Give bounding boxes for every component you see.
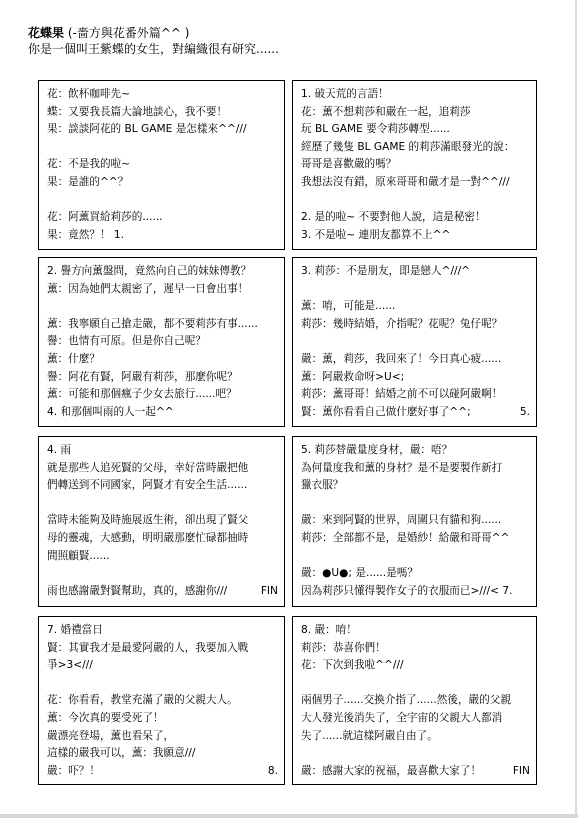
panel-line-text: 大人發光後消失了，全宇宙的父親大人都消 [301, 712, 502, 724]
panel-line-text: 雨也感謝嚴對賢幫助，真的，感謝你/// [47, 585, 227, 597]
panel-line: 薰：阿嚴救命呀>U<; [301, 369, 530, 387]
panel-line-text: 嚴：吓？！ [47, 765, 100, 777]
panel-line: 2. 是的啦~ 不要對他人說，這是秘密！ [301, 209, 530, 227]
panel-line-text: 經歷了幾隻 BL GAME 的莉莎滿眼發光的說： [301, 141, 514, 153]
panel-line [301, 675, 530, 693]
panel-line-text: 莉莎：恭喜你們！ [301, 642, 386, 654]
panel-line [301, 333, 530, 351]
panel-line: 大人發光後消失了，全宇宙的父親大人都消 [301, 710, 530, 728]
panel-line: 嚴：薰，莉莎，我回來了！今日真心疲...... [301, 351, 530, 369]
panel-line: 薰：因為她們太親密了，遲早一日會出事！ [47, 281, 278, 299]
panel-continuation-tag: FIN [513, 763, 530, 781]
panel-continuation-tag: 5. [520, 404, 530, 422]
panel-line: 2. 譽方向薰盤問，竟然向自己的妹妹傳教？ [47, 263, 278, 281]
panel-line: 玩 BL GAME 要令莉莎轉型...... [301, 121, 530, 139]
panel-line: 嚴：來到阿賢的世界，周圍只有貓和狗...... [301, 512, 530, 530]
panel-line: 這樣的嚴我可以，薰：我願意/// [47, 745, 278, 763]
panel-line-text: 賢：薰你看看自己做什麼好事了^^; [301, 406, 471, 418]
panel-line: 母的靈魂，大感動，明明嚴那麼忙碌都抽時 [47, 530, 278, 548]
panel-line-text: 薰：可能和那個瘋子少女去旅行......吧？ [47, 388, 237, 400]
panel-line: 花：你看看，教堂充滿了嚴的父親大人。 [47, 692, 278, 710]
comic-panel-5: 4. 雨就是那些人追死賢的父母，幸好當時嚴把他們轉送到不同國家，阿賢才有安全生活… [38, 436, 285, 607]
panel-line-text: 嚴：●U●; 是......是嗎？ [301, 567, 418, 579]
panel-line: 就是那些人追死賢的父母，幸好當時嚴把他 [47, 460, 278, 478]
panel-line: 薰：唷，可能是...... [301, 298, 530, 316]
panel-line: 7. 婚禮當日 [47, 622, 278, 640]
panel-line-text: 8. 嚴：唷！ [301, 624, 357, 636]
panel-line-text: 因為莉莎只懂得製作女子的衣服而已>///< 7. [301, 585, 512, 597]
panel-line-text: 花：薰不想莉莎和嚴在一起，追莉莎 [301, 106, 471, 118]
panel-line-text: 花：阿薰買給莉莎的...... [47, 211, 163, 223]
panel-line: 莉莎：薰哥哥！結婚之前不可以碰阿嚴啊！ [301, 386, 530, 404]
panel-line-text: 薰：我寧願自己搶走嚴，都不要莉莎有事...... [47, 318, 258, 330]
panel-line: 薰：可能和那個瘋子少女去旅行......吧？ [47, 386, 278, 404]
panel-line-text: 4. 和那個叫雨的人一起^^ [47, 406, 174, 418]
panel-line: 花：下次到我啦^^/// [301, 657, 530, 675]
panel-continuation-tag: FIN [261, 583, 278, 601]
panel-line: 譽：也情有可原。但是你自己呢？ [47, 333, 278, 351]
panel-line-text: 這樣的嚴我可以，薰：我願意/// [47, 747, 195, 759]
panel-line: 為何量度我和薰的身材？是不是要製作新打 [301, 460, 530, 478]
panel-line: 莉莎：恭喜你們！ [301, 640, 530, 658]
panel-line: 薰：我寧願自己搶走嚴，都不要莉莎有事...... [47, 316, 278, 334]
panel-line-text: 失了......就這樣阿嚴自由了。 [301, 730, 438, 742]
panel-line-text: 花：不是我的啦~ [47, 158, 130, 170]
panel-line: 果：竟然？！ 1. [47, 227, 278, 245]
panel-line [47, 675, 278, 693]
comic-panel-3: 2. 譽方向薰盤問，竟然向自己的妹妹傳教？薰：因為她們太親密了，遲早一日會出事！… [38, 257, 285, 427]
panel-line-text: 爭>3</// [47, 659, 93, 671]
panel-line-text: 蝶：又要我長篇大論地談心，我不要！ [47, 106, 227, 118]
panel-line-text: 兩個男子......交換介指了......然後，嚴的父親 [301, 694, 511, 706]
panel-line: 花：薰不想莉莎和嚴在一起，追莉莎 [301, 104, 530, 122]
panel-line [301, 192, 530, 210]
document-title: 花蝶果 (-嗇方與花番外篇^^ ) [28, 26, 279, 41]
panel-line-text: 獵衣服？ [301, 479, 343, 491]
panel-line: 花：不是我的啦~ [47, 156, 278, 174]
panel-line-text: 們轉送到不同國家，阿賢才有安全生活...... [47, 479, 247, 491]
panel-line: 4. 和那個叫雨的人一起^^ [47, 404, 278, 422]
panel-line: 因為莉莎只懂得製作女子的衣服而已>///< 7. [301, 583, 530, 601]
panel-line-text: 譽：阿花有賢，阿嚴有莉莎，那麼你呢？ [47, 371, 238, 383]
panel-line-text: 母的靈魂，大感動，明明嚴那麼忙碌都抽時 [47, 532, 248, 544]
panel-line: 們轉送到不同國家，阿賢才有安全生活...... [47, 477, 278, 495]
panel-line: 花：阿薰買給莉莎的...... [47, 209, 278, 227]
panel-line: 果：談談阿花的 BL GAME 是怎樣來^^/// [47, 121, 278, 139]
panel-line-text: 薰：今次真的要受死了！ [47, 712, 164, 724]
panel-line-text: 莉莎：薰哥哥！結婚之前不可以碰阿嚴啊！ [301, 388, 502, 400]
panel-line-text: 莉莎：幾時結婚，介指呢？花呢？兔仔呢？ [301, 318, 502, 330]
comic-panel-7: 7. 婚禮當日賢：其實我才是最愛阿嚴的人，我要加入戰爭>3<///花：你看看，教… [38, 616, 285, 785]
panel-line: 1. 破天荒的言語！ [301, 86, 530, 104]
panel-line: 間照顧賢...... [47, 548, 278, 566]
panel-line: 5. 莉莎替嚴量度身材，嚴：唔？ [301, 442, 530, 460]
panel-line-text: 賢：其實我才是最愛阿嚴的人，我要加入戰 [47, 642, 248, 654]
panel-line-text: 我想法沒有錯，原來哥哥和嚴才是一對^^/// [301, 176, 510, 188]
comic-panel-6: 5. 莉莎替嚴量度身材，嚴：唔？為何量度我和薰的身材？是不是要製作新打獵衣服？嚴… [292, 436, 537, 607]
panel-line-text: 哥哥是喜歡嚴的嗎？ [301, 158, 396, 170]
panel-line-text: 7. 婚禮當日 [47, 624, 103, 636]
panel-line-text: 1. 破天荒的言語！ [301, 88, 389, 100]
panel-line: 我想法沒有錯，原來哥哥和嚴才是一對^^/// [301, 174, 530, 192]
title-sub: (-嗇方與花番外篇^^ ) [64, 26, 189, 40]
title-main: 花蝶果 [28, 26, 64, 40]
panel-line-text: 當時未能夠及時施展返生術，卻出現了賢父 [47, 514, 248, 526]
panel-line-text: 嚴：薰，莉莎，我回來了！今日真心疲...... [301, 353, 501, 365]
panel-line-text: 為何量度我和薰的身材？是不是要製作新打 [301, 462, 502, 474]
panel-line-text: 嚴漂亮登場，薰也看呆了， [47, 730, 174, 742]
panel-line-text: 2. 譽方向薰盤問，竟然向自己的妹妹傳教？ [47, 265, 251, 277]
comic-panel-1: 花：飲杯咖啡先~蝶：又要我長篇大論地談心，我不要！果：談談阿花的 BL GAME… [38, 80, 285, 250]
panel-line-text: 4. 雨 [47, 444, 71, 456]
document-subtitle: 你是一個叫王紫蝶的女生，對編織很有研究...... [28, 41, 279, 58]
panel-line: 經歷了幾隻 BL GAME 的莉莎滿眼發光的說： [301, 139, 530, 157]
panel-line: 哥哥是喜歡嚴的嗎？ [301, 156, 530, 174]
panel-line-text: 莉莎：全部都不是，是婚紗！給嚴和哥哥^^ [301, 532, 509, 544]
panel-line: 賢：薰你看看自己做什麼好事了^^;5. [301, 404, 530, 422]
panel-line: 3. 莉莎：不是朋友，即是戀人^///^ [301, 263, 530, 281]
panel-line [47, 192, 278, 210]
panel-line: 兩個男子......交換介指了......然後，嚴的父親 [301, 692, 530, 710]
panel-line [47, 298, 278, 316]
panel-line-text: 5. 莉莎替嚴量度身材，嚴：唔？ [301, 444, 452, 456]
panel-line-text: 薰：因為她們太親密了，遲早一日會出事！ [47, 283, 248, 295]
panel-line: 莉莎：幾時結婚，介指呢？花呢？兔仔呢？ [301, 316, 530, 334]
comic-panel-2: 1. 破天荒的言語！花：薰不想莉莎和嚴在一起，追莉莎玩 BL GAME 要令莉莎… [292, 80, 537, 250]
panel-line-text: 嚴：來到阿賢的世界，周圍只有貓和狗...... [301, 514, 501, 526]
panel-line-text: 3. 不是啦~ 連朋友都算不上^^ [301, 229, 450, 241]
panel-line [301, 495, 530, 513]
panel-line-text: 花：飲杯咖啡先~ [47, 88, 130, 100]
panel-line: 獵衣服？ [301, 477, 530, 495]
panel-line [301, 281, 530, 299]
panel-line [301, 745, 530, 763]
panel-line: 4. 雨 [47, 442, 278, 460]
panel-line: 嚴：吓？！8. [47, 763, 278, 781]
panel-line: 薰：今次真的要受死了！ [47, 710, 278, 728]
panel-line-text: 就是那些人追死賢的父母，幸好當時嚴把他 [47, 462, 248, 474]
document-header: 花蝶果 (-嗇方與花番外篇^^ ) 你是一個叫王紫蝶的女生，對編織很有研究...… [28, 26, 279, 58]
panel-line: 嚴漂亮登場，薰也看呆了， [47, 728, 278, 746]
panel-line-text: 玩 BL GAME 要令莉莎轉型...... [301, 123, 450, 135]
panel-line: 失了......就這樣阿嚴自由了。 [301, 728, 530, 746]
panel-line-text: 果：竟然？！ 1. [47, 229, 124, 241]
panel-line: 蝶：又要我長篇大論地談心，我不要！ [47, 104, 278, 122]
panel-line: 果：是誰的^^？ [47, 174, 278, 192]
panel-line-text: 2. 是的啦~ 不要對他人說，這是秘密！ [301, 211, 486, 223]
panel-line: 花：飲杯咖啡先~ [47, 86, 278, 104]
panel-line [301, 548, 530, 566]
panel-line-text: 間照顧賢...... [47, 550, 110, 562]
panel-line-text: 薰：唷，可能是...... [301, 300, 395, 312]
panel-line: 當時未能夠及時施展返生術，卻出現了賢父 [47, 512, 278, 530]
panel-line-text: 3. 莉莎：不是朋友，即是戀人^///^ [301, 265, 470, 277]
panel-line: 嚴：感謝大家的祝福，最喜歡大家了！FIN [301, 763, 530, 781]
panel-line: 譽：阿花有賢，阿嚴有莉莎，那麼你呢？ [47, 369, 278, 387]
panel-line-text: 花：你看看，教堂充滿了嚴的父親大人。 [47, 694, 238, 706]
panel-line-text: 果：是誰的^^？ [47, 176, 128, 188]
panel-line-text: 譽：也情有可原。但是你自己呢？ [47, 335, 206, 347]
panel-line-text: 薰：什麼？ [47, 353, 100, 365]
page-edge-bottom [0, 814, 578, 818]
panel-line: 雨也感謝嚴對賢幫助，真的，感謝你///FIN [47, 583, 278, 601]
panel-line: 8. 嚴：唷！ [301, 622, 530, 640]
panel-line-text: 嚴：感謝大家的祝福，最喜歡大家了！ [301, 765, 481, 777]
panel-line: 莉莎：全部都不是，是婚紗！給嚴和哥哥^^ [301, 530, 530, 548]
panel-line-text: 花：下次到我啦^^/// [301, 659, 404, 671]
page-edge-right [575, 0, 577, 818]
panel-line: 爭>3</// [47, 657, 278, 675]
panel-line [47, 495, 278, 513]
panel-line: 薰：什麼？ [47, 351, 278, 369]
panel-line [47, 565, 278, 583]
comic-panel-4: 3. 莉莎：不是朋友，即是戀人^///^薰：唷，可能是......莉莎：幾時結婚… [292, 257, 537, 427]
panel-line: 嚴：●U●; 是......是嗎？ [301, 565, 530, 583]
panel-line-text: 果：談談阿花的 BL GAME 是怎樣來^^/// [47, 123, 247, 135]
comic-panel-8: 8. 嚴：唷！莉莎：恭喜你們！花：下次到我啦^^///兩個男子......交換介… [292, 616, 537, 785]
panel-line [47, 139, 278, 157]
panel-line: 3. 不是啦~ 連朋友都算不上^^ [301, 227, 530, 245]
panel-line: 賢：其實我才是最愛阿嚴的人，我要加入戰 [47, 640, 278, 658]
panel-line-text: 薰：阿嚴救命呀>U<; [301, 371, 404, 383]
panel-continuation-tag: 8. [268, 763, 278, 781]
